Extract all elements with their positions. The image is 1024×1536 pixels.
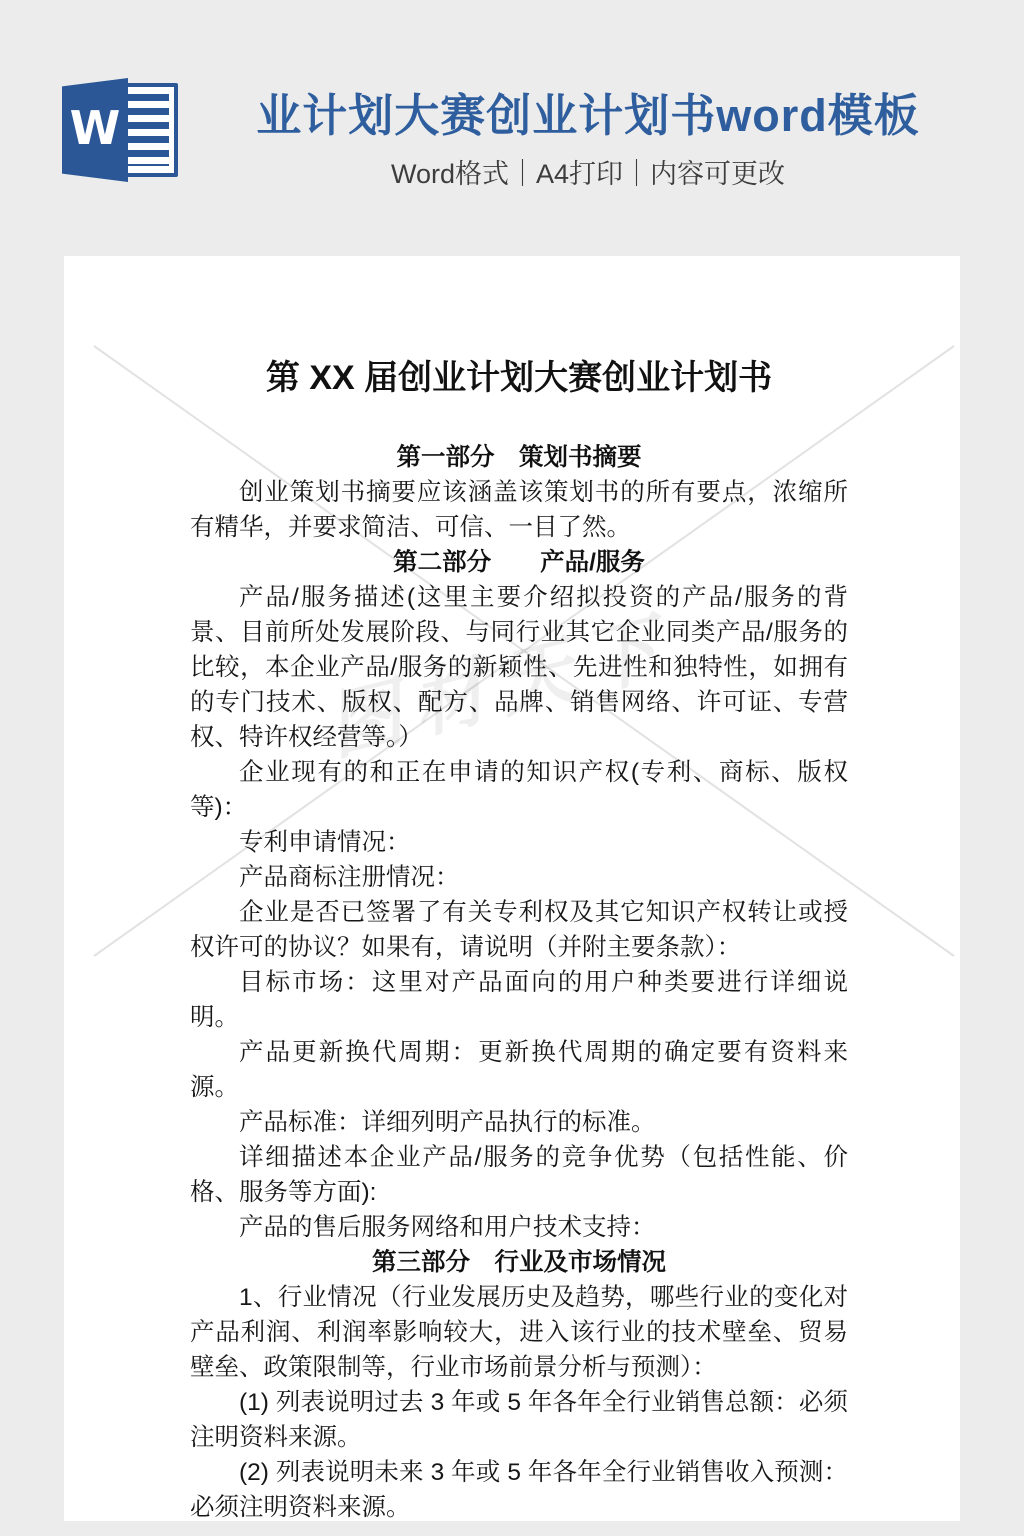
doc-paragraph: 企业是否已签署了有关专利权及其它知识产权转让或授权许可的协议？如果有，请说明（并… bbox=[190, 895, 848, 965]
section-heading-3: 第三部分 行业及市场情况 bbox=[190, 1245, 848, 1280]
header: W 业计划大赛创业计划书word模板 Word格式｜A4打印｜内容可更改 bbox=[0, 0, 1024, 256]
word-document-lines-icon bbox=[125, 94, 169, 166]
word-w-panel-icon: W bbox=[62, 78, 128, 182]
doc-paragraph: (2) 列表说明未来 3 年或 5 年各年全行业销售收入预测：必须注明资料来源。 bbox=[190, 1455, 848, 1525]
doc-paragraph: 1、行业情况（行业发展历史及趋势，哪些行业的变化对产品利润、利润率影响较大，进入… bbox=[190, 1280, 848, 1385]
doc-content: 第 XX 届创业计划大赛创业计划书 第一部分 策划书摘要 创业策划书摘要应该涵盖… bbox=[190, 354, 848, 1525]
doc-page: 图材天下 第 XX 届创业计划大赛创业计划书 第一部分 策划书摘要 创业策划书摘… bbox=[64, 256, 960, 1521]
section-heading-2: 第二部分 产品/服务 bbox=[190, 545, 848, 580]
doc-paragraph: 专利申请情况： bbox=[190, 825, 848, 860]
section-heading-1: 第一部分 策划书摘要 bbox=[190, 440, 848, 475]
page-background: { "header": { "icon_letter": "W", "title… bbox=[0, 0, 1024, 1536]
word-icon: W bbox=[62, 78, 182, 182]
doc-paragraph: 创业策划书摘要应该涵盖该策划书的所有要点，浓缩所有精华，并要求简洁、可信、一目了… bbox=[190, 475, 848, 545]
doc-paragraph: 产品商标注册情况： bbox=[190, 860, 848, 895]
template-subtitle: Word格式｜A4打印｜内容可更改 bbox=[182, 152, 994, 191]
word-logo-letter: W bbox=[70, 101, 121, 155]
doc-paragraph: 产品的售后服务网络和用户技术支持： bbox=[190, 1210, 848, 1245]
template-title: 业计划大赛创业计划书word模板 bbox=[182, 90, 994, 142]
doc-title: 第 XX 届创业计划大赛创业计划书 bbox=[190, 354, 848, 402]
doc-paragraph: 产品更新换代周期：更新换代周期的确定要有资料来源。 bbox=[190, 1035, 848, 1105]
doc-paragraph: 产品标准：详细列明产品执行的标准。 bbox=[190, 1105, 848, 1140]
doc-paragraph: 详细描述本企业产品/服务的竞争优势（包括性能、价格、服务等方面): bbox=[190, 1140, 848, 1210]
doc-paragraph: 目标市场：这里对产品面向的用户种类要进行详细说明。 bbox=[190, 965, 848, 1035]
doc-paragraph: (1) 列表说明过去 3 年或 5 年各年全行业销售总额：必须注明资料来源。 bbox=[190, 1385, 848, 1455]
doc-paragraph: 产品/服务描述(这里主要介绍拟投资的产品/服务的背景、目前所处发展阶段、与同行业… bbox=[190, 580, 848, 755]
doc-paragraph: 企业现有的和正在申请的知识产权(专利、商标、版权等)： bbox=[190, 755, 848, 825]
header-text-block: 业计划大赛创业计划书word模板 Word格式｜A4打印｜内容可更改 bbox=[182, 78, 994, 191]
